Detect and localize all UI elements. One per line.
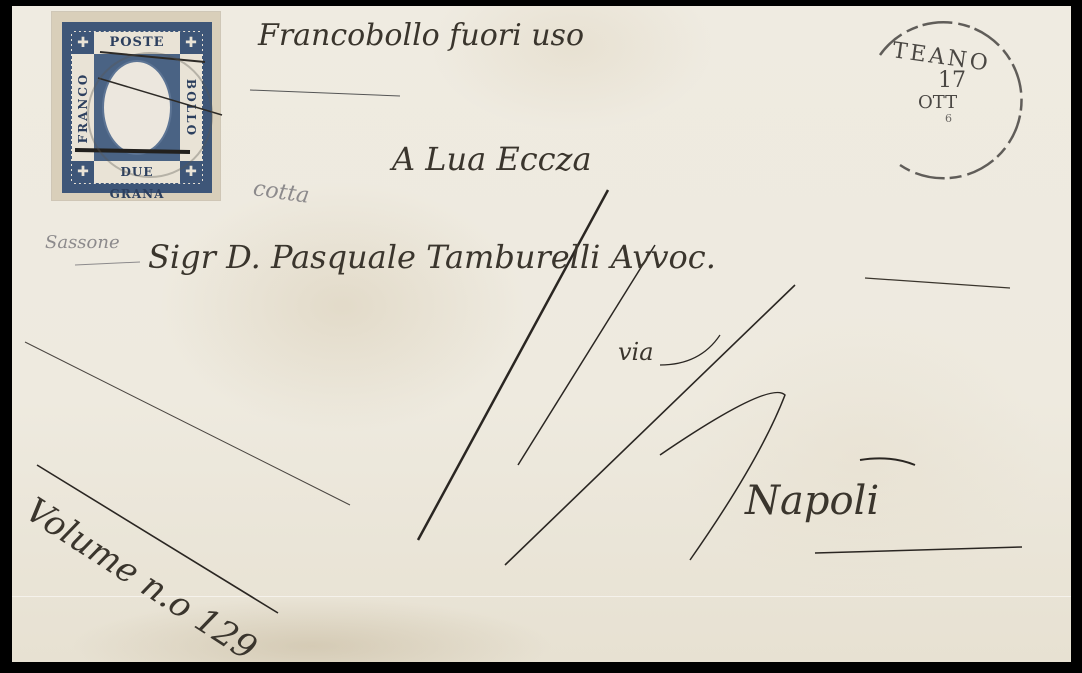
top-note: Francobollo fuori uso bbox=[258, 18, 584, 53]
postmark-year: 6 bbox=[945, 112, 952, 125]
address-via: via bbox=[618, 338, 654, 366]
address-line-1: A Lua Eccza bbox=[392, 140, 592, 178]
address-city: Napoli bbox=[745, 478, 879, 524]
pencil-note-sassone: Sassone bbox=[45, 232, 120, 253]
address-line-2: Sigr D. Pasquale Tamburelli Avvoc. bbox=[148, 238, 716, 276]
postmark-day: 17 bbox=[938, 68, 966, 93]
postmark-month: OTT bbox=[918, 92, 957, 113]
